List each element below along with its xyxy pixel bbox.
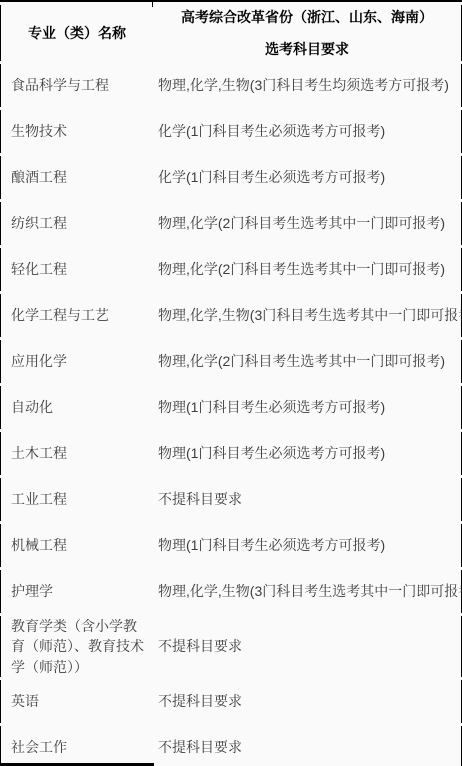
table-row: 食品科学与工程 物理,化学,生物(3门科目考生均须选考方可报考) <box>0 64 462 107</box>
header-line-subjects: 选考科目要求 <box>153 39 461 59</box>
requirement-cell: 物理(1门科目考生必须选考方可报考) <box>153 524 462 567</box>
major-name-text: 机械工程 <box>11 535 67 555</box>
requirement-text: 化学(1门科目考生必须选考方可报考) <box>158 123 385 139</box>
major-name-cell: 教育学类（含小学教育（师范）、教育技术学（师范）） <box>0 616 153 677</box>
requirement-text: 物理,化学,生物(3门科目考生均须选考方可报考) <box>158 77 449 93</box>
column-header-major-label: 专业（类）名称 <box>28 25 126 41</box>
major-name-cell: 应用化学 <box>0 340 153 383</box>
requirement-cell: 物理,化学(2门科目考生选考其中一门即可报考) <box>153 248 462 291</box>
major-name-text: 纺织工程 <box>11 213 67 233</box>
requirement-text: 物理(1门科目考生必须选考方可报考) <box>158 399 385 415</box>
major-name-text: 教育学类（含小学教育（师范）、教育技术学（师范）） <box>11 616 147 677</box>
major-name-text: 生物技术 <box>11 121 67 141</box>
requirement-cell: 化学(1门科目考生必须选考方可报考) <box>153 110 462 153</box>
major-name-cell: 土木工程 <box>0 432 153 475</box>
requirement-text: 物理(1门科目考生必须选考方可报考) <box>158 445 385 461</box>
major-name-cell: 化学工程与工艺 <box>0 294 153 337</box>
major-name-text: 工业工程 <box>11 489 67 509</box>
major-name-cell: 酿酒工程 <box>0 156 153 199</box>
column-header-requirements: 高考综合改革省份（浙江、山东、海南） 选考科目要求 <box>153 5 462 61</box>
requirement-text: 不提科目要求 <box>158 638 242 654</box>
requirement-cell: 物理,化学(2门科目考生选考其中一门即可报考) <box>153 202 462 245</box>
table-row: 酿酒工程 化学(1门科目考生必须选考方可报考) <box>0 156 462 199</box>
requirement-text: 物理(1门科目考生必须选考方可报考) <box>158 537 385 553</box>
major-name-text: 食品科学与工程 <box>11 75 109 95</box>
requirement-text: 不提科目要求 <box>158 491 242 507</box>
major-name-cell: 工业工程 <box>0 478 153 521</box>
major-name-text: 土木工程 <box>11 443 67 463</box>
major-name-cell: 食品科学与工程 <box>0 64 153 107</box>
requirement-cell: 物理,化学,生物(3门科目考生选考其中一门即可报考) <box>153 294 462 337</box>
requirement-text: 物理,化学(2门科目考生选考其中一门即可报考) <box>158 353 445 369</box>
requirement-cell: 不提科目要求 <box>153 616 462 677</box>
major-name-text: 应用化学 <box>11 351 67 371</box>
table-row: 工业工程 不提科目要求 <box>0 478 462 521</box>
major-name-cell: 护理学 <box>0 570 153 613</box>
requirement-cell: 不提科目要求 <box>153 478 462 521</box>
requirement-text: 物理,化学(2门科目考生选考其中一门即可报考) <box>158 261 445 277</box>
requirement-text: 物理,化学(2门科目考生选考其中一门即可报考) <box>158 215 445 231</box>
requirement-cell: 物理(1门科目考生必须选考方可报考) <box>153 432 462 475</box>
table-row: 机械工程 物理(1门科目考生必须选考方可报考) <box>0 524 462 567</box>
requirement-cell: 物理,化学,生物(3门科目考生选考其中一门即可报考) <box>153 570 462 613</box>
table-row: 社会工作 不提科目要求 <box>0 726 462 766</box>
requirement-cell: 物理,化学(2门科目考生选考其中一门即可报考) <box>153 340 462 383</box>
major-name-cell: 机械工程 <box>0 524 153 567</box>
requirement-cell: 物理,化学,生物(3门科目考生均须选考方可报考) <box>153 64 462 107</box>
subject-requirements-table-container: 专业（类）名称 高考综合改革省份（浙江、山东、海南） 选考科目要求 食品科学与工… <box>0 0 462 766</box>
major-name-text: 化学工程与工艺 <box>11 305 109 325</box>
table-row: 应用化学 物理,化学(2门科目考生选考其中一门即可报考) <box>0 340 462 383</box>
requirement-text: 不提科目要求 <box>158 693 242 709</box>
table-row: 生物技术 化学(1门科目考生必须选考方可报考) <box>0 110 462 153</box>
requirement-text: 不提科目要求 <box>158 739 242 755</box>
header-row: 专业（类）名称 高考综合改革省份（浙江、山东、海南） 选考科目要求 <box>0 5 462 61</box>
table-row: 化学工程与工艺 物理,化学,生物(3门科目考生选考其中一门即可报考) <box>0 294 462 337</box>
major-name-cell: 社会工作 <box>0 726 153 766</box>
major-name-cell: 英语 <box>0 680 153 723</box>
requirement-text: 化学(1门科目考生必须选考方可报考) <box>158 169 385 185</box>
table-row: 护理学 物理,化学,生物(3门科目考生选考其中一门即可报考) <box>0 570 462 613</box>
requirement-cell: 不提科目要求 <box>153 726 462 766</box>
major-name-cell: 轻化工程 <box>0 248 153 291</box>
table-row: 土木工程 物理(1门科目考生必须选考方可报考) <box>0 432 462 475</box>
requirement-cell: 不提科目要求 <box>153 680 462 723</box>
table-header: 专业（类）名称 高考综合改革省份（浙江、山东、海南） 选考科目要求 <box>0 5 462 61</box>
header-line-provinces: 高考综合改革省份（浙江、山东、海南） <box>153 7 461 27</box>
requirement-text: 物理,化学,生物(3门科目考生选考其中一门即可报考) <box>158 583 462 599</box>
table-row: 英语 不提科目要求 <box>0 680 462 723</box>
requirement-cell: 化学(1门科目考生必须选考方可报考) <box>153 156 462 199</box>
major-name-cell: 自动化 <box>0 386 153 429</box>
major-name-text: 护理学 <box>11 581 53 601</box>
major-name-cell: 纺织工程 <box>0 202 153 245</box>
major-name-text: 英语 <box>11 691 39 711</box>
requirement-cell: 物理(1门科目考生必须选考方可报考) <box>153 386 462 429</box>
table-row: 自动化 物理(1门科目考生必须选考方可报考) <box>0 386 462 429</box>
table-row: 教育学类（含小学教育（师范）、教育技术学（师范）） 不提科目要求 <box>0 616 462 677</box>
column-header-major: 专业（类）名称 <box>0 5 153 61</box>
major-name-cell: 生物技术 <box>0 110 153 153</box>
subject-requirements-table: 专业（类）名称 高考综合改革省份（浙江、山东、海南） 选考科目要求 食品科学与工… <box>0 0 462 766</box>
table-body: 食品科学与工程 物理,化学,生物(3门科目考生均须选考方可报考) 生物技术 化学… <box>0 64 462 766</box>
major-name-text: 轻化工程 <box>11 259 67 279</box>
major-name-text: 酿酒工程 <box>11 167 67 187</box>
column-divider-tick <box>152 2 153 7</box>
table-row: 纺织工程 物理,化学(2门科目考生选考其中一门即可报考) <box>0 202 462 245</box>
major-name-text: 自动化 <box>11 397 53 417</box>
table-row: 轻化工程 物理,化学(2门科目考生选考其中一门即可报考) <box>0 248 462 291</box>
major-name-text: 社会工作 <box>11 737 67 757</box>
requirement-text: 物理,化学,生物(3门科目考生选考其中一门即可报考) <box>158 307 462 323</box>
